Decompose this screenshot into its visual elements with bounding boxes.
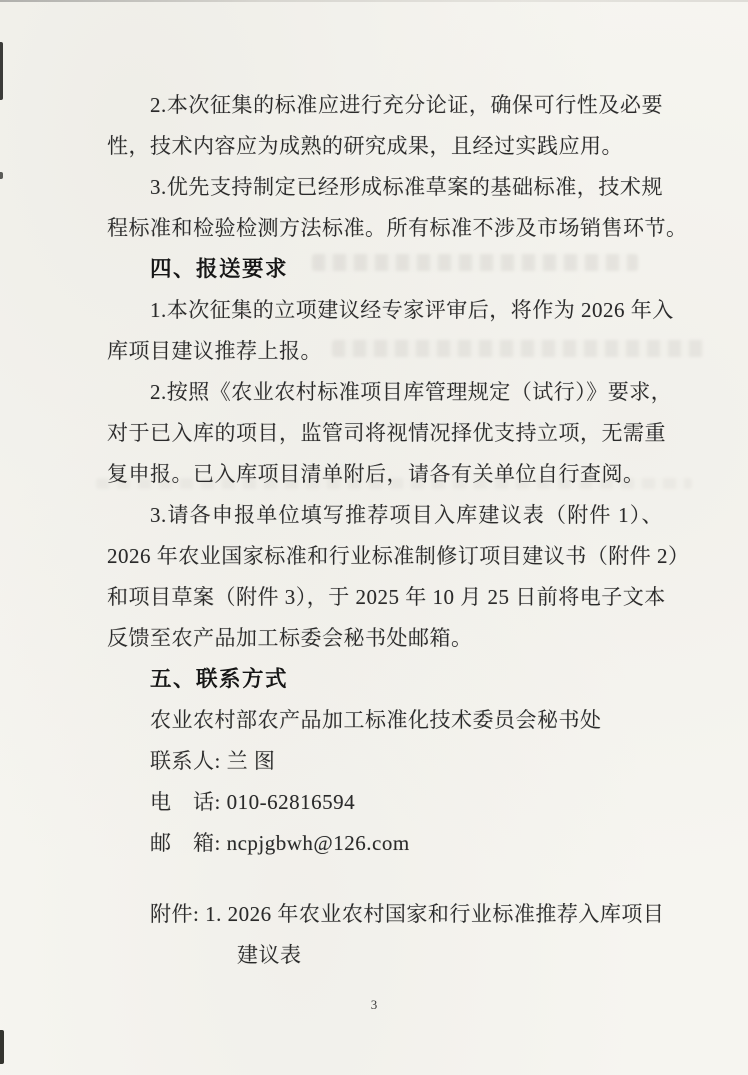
document-line: 复申报。已入库项目清单附后，请各有关单位自行查阅。 xyxy=(107,454,663,495)
document-line: 3.优先支持制定已经形成标准草案的基础标准，技术规 xyxy=(107,167,663,208)
document-content: 2.本次征集的标准应进行充分论证，确保可行性及必要性，技术内容应为成熟的研究成果… xyxy=(107,85,663,976)
document-line: 和项目草案（附件 3），于 2025 年 10 月 25 日前将电子文本 xyxy=(107,577,663,618)
document-line: 建议表 xyxy=(107,935,663,976)
document-line: 联系人: 兰 图 xyxy=(107,741,663,782)
scan-top-edge-artifact xyxy=(0,0,748,2)
document-line: 邮 箱: ncpjgbwh@126.com xyxy=(107,823,663,864)
document-line: 附件: 1. 2026 年农业农村国家和行业标准推荐入库项目 xyxy=(107,894,663,935)
document-line: 对于已入库的项目，监管司将视情况择优支持立项，无需重 xyxy=(107,413,663,454)
document-line: 1.本次征集的立项建议经专家评审后，将作为 2026 年入 xyxy=(107,290,663,331)
document-line: 反馈至农产品加工标委会秘书处邮箱。 xyxy=(107,618,663,659)
document-line: 2026 年农业国家标准和行业标准制修订项目建议书（附件 2） xyxy=(107,536,663,577)
document-line: 电 话: 010-62816594 xyxy=(107,782,663,823)
document-line: 性，技术内容应为成熟的研究成果，且经过实践应用。 xyxy=(107,126,663,167)
paragraph-block: 农业农村部农产品加工标准化技术委员会秘书处联系人: 兰 图电 话: 010-62… xyxy=(107,700,663,864)
paragraph-block: 3.优先支持制定已经形成标准草案的基础标准，技术规程标准和检验检测方法标准。所有… xyxy=(107,167,663,249)
scanned-page: 2.本次征集的标准应进行充分论证，确保可行性及必要性，技术内容应为成熟的研究成果… xyxy=(0,0,748,1075)
document-line: 2.本次征集的标准应进行充分论证，确保可行性及必要 xyxy=(107,85,663,126)
scan-edge-mark-artifact xyxy=(0,1030,4,1064)
scan-edge-mark-artifact xyxy=(0,172,3,179)
paragraph-block: 1.本次征集的立项建议经专家评审后，将作为 2026 年入库项目建议推荐上报。 xyxy=(107,290,663,372)
paragraph-block: 2.本次征集的标准应进行充分论证，确保可行性及必要性，技术内容应为成熟的研究成果… xyxy=(107,85,663,167)
paragraph-block: 2.按照《农业农村标准项目库管理规定（试行）》要求，对于已入库的项目，监管司将视… xyxy=(107,372,663,495)
document-line: 程标准和检验检测方法标准。所有标准不涉及市场销售环节。 xyxy=(107,208,663,249)
page-number: 3 xyxy=(0,997,748,1013)
attachment-block: 附件: 1. 2026 年农业农村国家和行业标准推荐入库项目建议表 xyxy=(107,894,663,976)
paragraph-block: 3.请各申报单位填写推荐项目入库建议表（附件 1）、2026 年农业国家标准和行… xyxy=(107,495,663,659)
document-line: 农业农村部农产品加工标准化技术委员会秘书处 xyxy=(107,700,663,741)
document-line: 库项目建议推荐上报。 xyxy=(107,331,663,372)
document-line: 3.请各申报单位填写推荐项目入库建议表（附件 1）、 xyxy=(107,495,663,536)
section-heading: 四、报送要求 xyxy=(107,249,663,290)
document-line: 2.按照《农业农村标准项目库管理规定（试行）》要求， xyxy=(107,372,663,413)
section-heading: 五、联系方式 xyxy=(107,659,663,700)
scan-edge-mark-artifact xyxy=(0,42,3,100)
